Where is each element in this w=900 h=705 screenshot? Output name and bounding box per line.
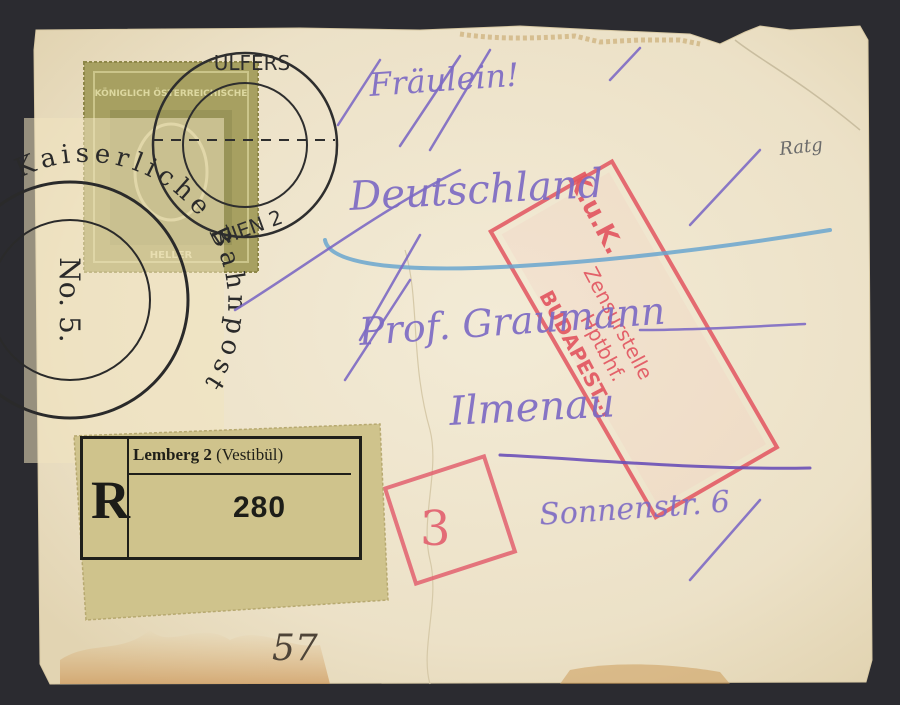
- hw-city: Ilmenau: [447, 380, 616, 435]
- registration-letter: R: [91, 469, 130, 531]
- box-mark-number: 3: [420, 501, 451, 557]
- registration-label: R Lemberg 2 (Vestibül) 280: [80, 436, 362, 560]
- registration-number: 280: [233, 491, 286, 525]
- label-divider: [127, 439, 129, 557]
- registration-office: Lemberg 2 (Vestibül): [133, 445, 283, 465]
- pencil-number: 57: [272, 628, 318, 669]
- label-rule: [129, 473, 351, 475]
- envelope-scene: KÖNIGLICH ÖSTERREICHISCHE HELLER ULFERS …: [0, 0, 900, 705]
- postmark-top-text: ULFERS: [214, 51, 291, 75]
- seal-center-text: No. 5.: [53, 257, 86, 342]
